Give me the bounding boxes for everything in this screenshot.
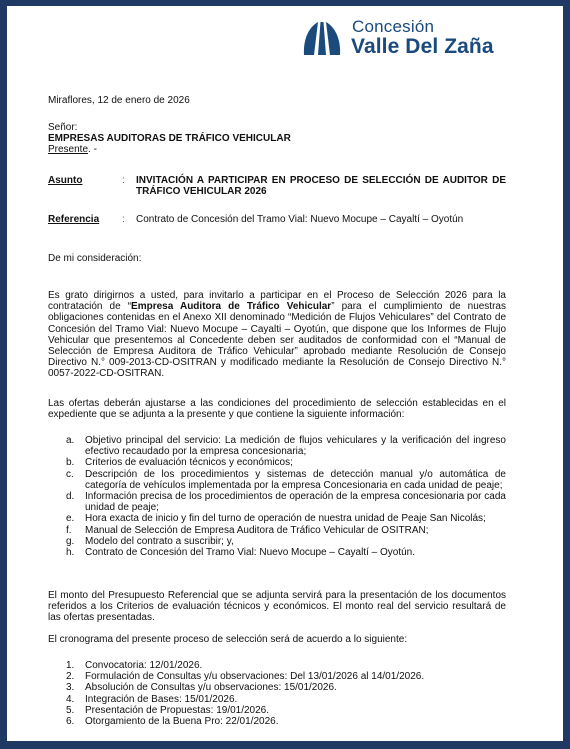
greeting: De mi consideración: [48,253,506,264]
info-list-item: c.Descripción de los procedimientos y si… [48,469,506,491]
info-list: a.Objetivo principal del servicio: La me… [48,435,506,558]
list-text: Formulación de Consultas y/u observacion… [85,671,506,682]
info-list-item: e.Hora exacta de inicio y fin del turno … [48,513,506,524]
salutation: Señor: [48,122,506,133]
list-marker: 5. [48,705,85,716]
company-logo: Concesión Valle Del Zaña [301,18,494,57]
referencia-label: Referencia [48,214,99,225]
list-text: Convocatoria: 12/01/2026. [85,660,506,671]
list-marker: 6. [48,716,85,727]
list-marker: b. [48,457,85,468]
paragraph-2: Las ofertas deberán ajustarse a las cond… [48,398,506,420]
list-text: Hora exacta de inicio y fin del turno de… [85,513,506,524]
list-text: Información precisa de los procedimiento… [85,491,506,513]
paragraph-1: Es grato dirigirnos a usted, para invita… [48,290,506,380]
info-list-item: h.Contrato de Concesión del Tramo Vial: … [48,547,506,558]
asunto-row: Asunto : INVITACIÓN A PARTICIPAR EN PROC… [48,175,506,197]
place-date: Miraflores, 12 de enero de 2026 [48,95,506,106]
referencia-colon: : [122,214,136,225]
presente-line: Presente. - [48,144,506,155]
list-marker: e. [48,513,85,524]
list-marker: f. [48,525,85,536]
list-marker: a. [48,435,85,457]
list-text: Integración de Bases: 15/01/2026. [85,694,506,705]
list-marker: h. [48,547,85,558]
schedule-list-item: 6.Otorgamiento de la Buena Pro: 22/01/20… [48,716,506,727]
info-list-item: a.Objetivo principal del servicio: La me… [48,435,506,457]
info-list-item: f.Manual de Selección de Empresa Auditor… [48,525,506,536]
list-text: Manual de Selección de Empresa Auditora … [85,525,506,536]
presente-word: Presente [48,144,88,155]
schedule-list-item: 4.Integración de Bases: 15/01/2026. [48,694,506,705]
list-marker: 1. [48,660,85,671]
service-name: Empresa Auditora de Tráfico Vehicular [131,301,331,312]
list-marker: 3. [48,682,85,693]
list-text: Criterios de evaluación técnicos y econó… [85,457,506,468]
info-list-item: b.Criterios de evaluación técnicos y eco… [48,457,506,468]
paragraph-4: El cronograma del presente proceso de se… [48,634,506,645]
asunto-value: INVITACIÓN A PARTICIPAR EN PROCESO DE SE… [136,175,506,197]
info-list-item: d.Información precisa de los procedimien… [48,491,506,513]
schedule-list: 1.Convocatoria: 12/01/2026.2.Formulación… [48,660,506,727]
list-text: Descripción de los procedimientos y sist… [85,469,506,491]
list-text: Absolución de Consultas y/u observacione… [85,682,506,693]
paragraph-3: El monto del Presupuesto Referencial que… [48,590,506,624]
list-text: Modelo del contrato a suscribir; y, [85,536,506,547]
schedule-list-item: 3.Absolución de Consultas y/u observacio… [48,682,506,693]
list-marker: 4. [48,694,85,705]
presente-suffix: . - [88,144,97,155]
referencia-row: Referencia : Contrato de Concesión del T… [48,214,506,225]
schedule-list-item: 2.Formulación de Consultas y/u observaci… [48,671,506,682]
info-list-item: g.Modelo del contrato a suscribir; y, [48,536,506,547]
asunto-colon: : [122,175,136,197]
schedule-list-item: 1.Convocatoria: 12/01/2026. [48,660,506,671]
list-text: Contrato de Concesión del Tramo Vial: Nu… [85,547,506,558]
list-text: Objetivo principal del servicio: La medi… [85,435,506,457]
document-page: Concesión Valle Del Zaña Miraflores, 12 … [7,6,563,741]
referencia-value: Contrato de Concesión del Tramo Vial: Nu… [136,214,506,225]
list-marker: d. [48,491,85,513]
list-marker: g. [48,536,85,547]
logo-line2: Valle Del Zaña [351,36,494,57]
list-marker: c. [48,469,85,491]
list-marker: 2. [48,671,85,682]
road-arch-logo-icon [301,19,343,57]
list-text: Presentación de Propuestas: 19/01/2026. [85,705,506,716]
asunto-label: Asunto [48,175,82,186]
list-text: Otorgamiento de la Buena Pro: 22/01/2026… [85,716,506,727]
recipient: EMPRESAS AUDITORAS DE TRÁFICO VEHICULAR [48,133,506,144]
logo-line1: Concesión [352,18,494,35]
schedule-list-item: 5.Presentación de Propuestas: 19/01/2026… [48,705,506,716]
